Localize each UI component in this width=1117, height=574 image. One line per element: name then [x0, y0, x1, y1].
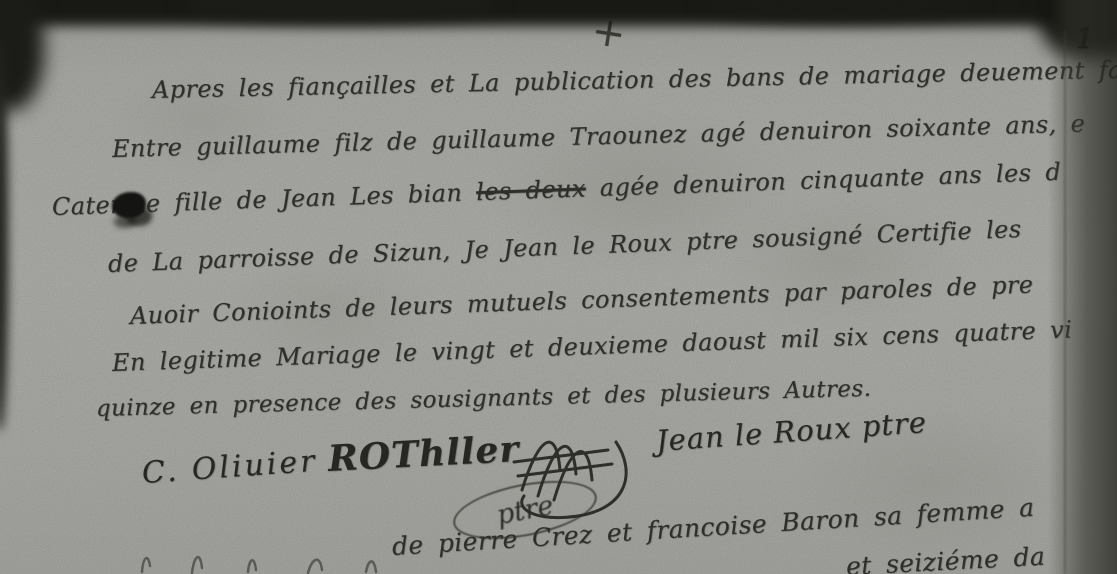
cut-off-letter-strokes [128, 546, 398, 574]
entry-line-2: Entre guillaume filz de guillaume Traoun… [112, 110, 1086, 163]
entry-line-1: Apres les fiançailles et La publication … [152, 56, 1117, 104]
witness-signature-surname: ROThller [327, 428, 520, 480]
entry-line-3-suffix: agée denuiron cinquante ans les d [585, 158, 1061, 203]
parish-register-page-scan: + 1 Apres les fiançailles et La publicat… [0, 0, 1117, 574]
folio-number: 1 [1076, 22, 1094, 55]
priest-signature: Jean le Roux ptre [655, 405, 928, 458]
next-entry-line-2: et seiziéme da [845, 542, 1046, 574]
ink-blot [112, 192, 146, 218]
scan-border-top-left-corner [0, 0, 44, 110]
struck-out-words: les deux [476, 174, 587, 206]
entry-line-7: quinze en presence des sousignants et de… [96, 376, 872, 422]
binding-gutter-shadow [1048, 0, 1117, 574]
entry-line-3: Caterine fille de Jean Les bian les deux… [52, 158, 1062, 221]
entry-line-4: de La parroisse de Sizun, Je Jean le Rou… [107, 215, 1021, 278]
page-curl-edge-line [1064, 30, 1066, 574]
witness-signature-given-name: C. Oliuier [141, 444, 319, 491]
